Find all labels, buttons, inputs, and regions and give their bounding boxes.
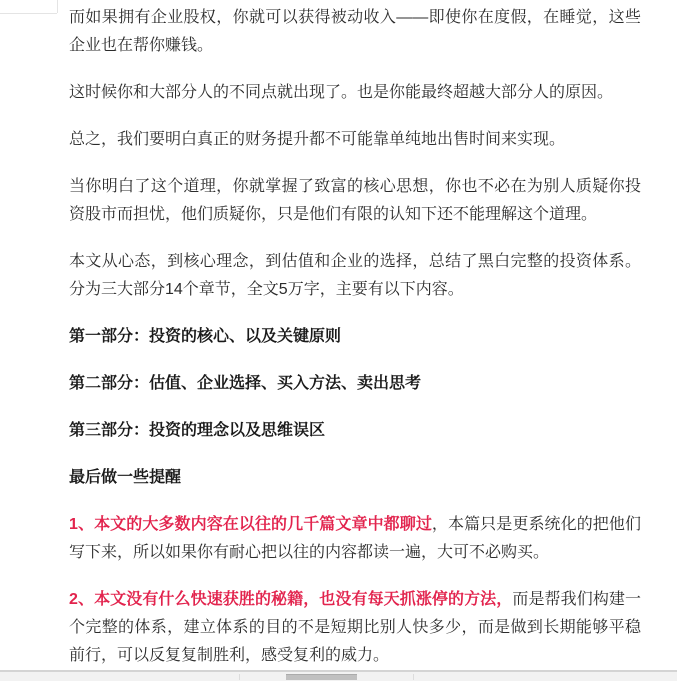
page-corner-horizontal-border <box>0 13 57 14</box>
paragraph-passive-income: 而如果拥有企业股权，你就可以获得被动收入——即使你在度假，在睡觉，这些企业也在帮… <box>69 4 641 60</box>
heading-final-reminders: 最后做一些提醒 <box>69 464 641 492</box>
paragraph-reminder-2: 2、本文没有什么快速获胜的秘籍，也没有每天抓涨停的方法，而是帮我们构建一个完整的… <box>69 586 641 670</box>
scrollbar-separator-left <box>239 674 240 680</box>
paragraph-summary-time: 总之，我们要明白真正的财务提升都不可能靠单纯地出售时间来实现。 <box>69 126 641 154</box>
reminder-1-red-lead: 1、本文的大多数内容在以往的几千篇文章中都聊过 <box>69 516 432 533</box>
horizontal-scrollbar-thumb[interactable] <box>286 674 357 680</box>
paragraph-reminder-1: 1、本文的大多数内容在以往的几千篇文章中都聊过，本篇只是更系统化的把他们写下来，… <box>69 511 641 567</box>
heading-part-one: 第一部分：投资的核心、以及关键原则 <box>69 323 641 351</box>
heading-part-three: 第三部分：投资的理念以及思维误区 <box>69 417 641 445</box>
heading-part-two: 第二部分：估值、企业选择、买入方法、卖出思考 <box>69 370 641 398</box>
paragraph-difference-appears: 这时候你和大部分人的不同点就出现了。也是你能最终超越大部分人的原因。 <box>69 79 641 107</box>
reminder-2-red-lead: 2、本文没有什么快速获胜的秘籍，也没有每天抓涨停的方法， <box>69 591 512 608</box>
paragraph-core-idea: 当你明白了这个道理，你就掌握了致富的核心思想，你也不必在为别人质疑你投资股市而担… <box>69 173 641 229</box>
paragraph-article-overview: 本文从心态，到核心理念，到估值和企业的选择，总结了黑白完整的投资体系。分为三大部… <box>69 248 641 304</box>
scrollbar-separator-right <box>413 674 414 680</box>
page-corner-vertical-border <box>57 0 58 13</box>
article-body: 而如果拥有企业股权，你就可以获得被动收入——即使你在度假，在睡觉，这些企业也在帮… <box>69 4 641 681</box>
